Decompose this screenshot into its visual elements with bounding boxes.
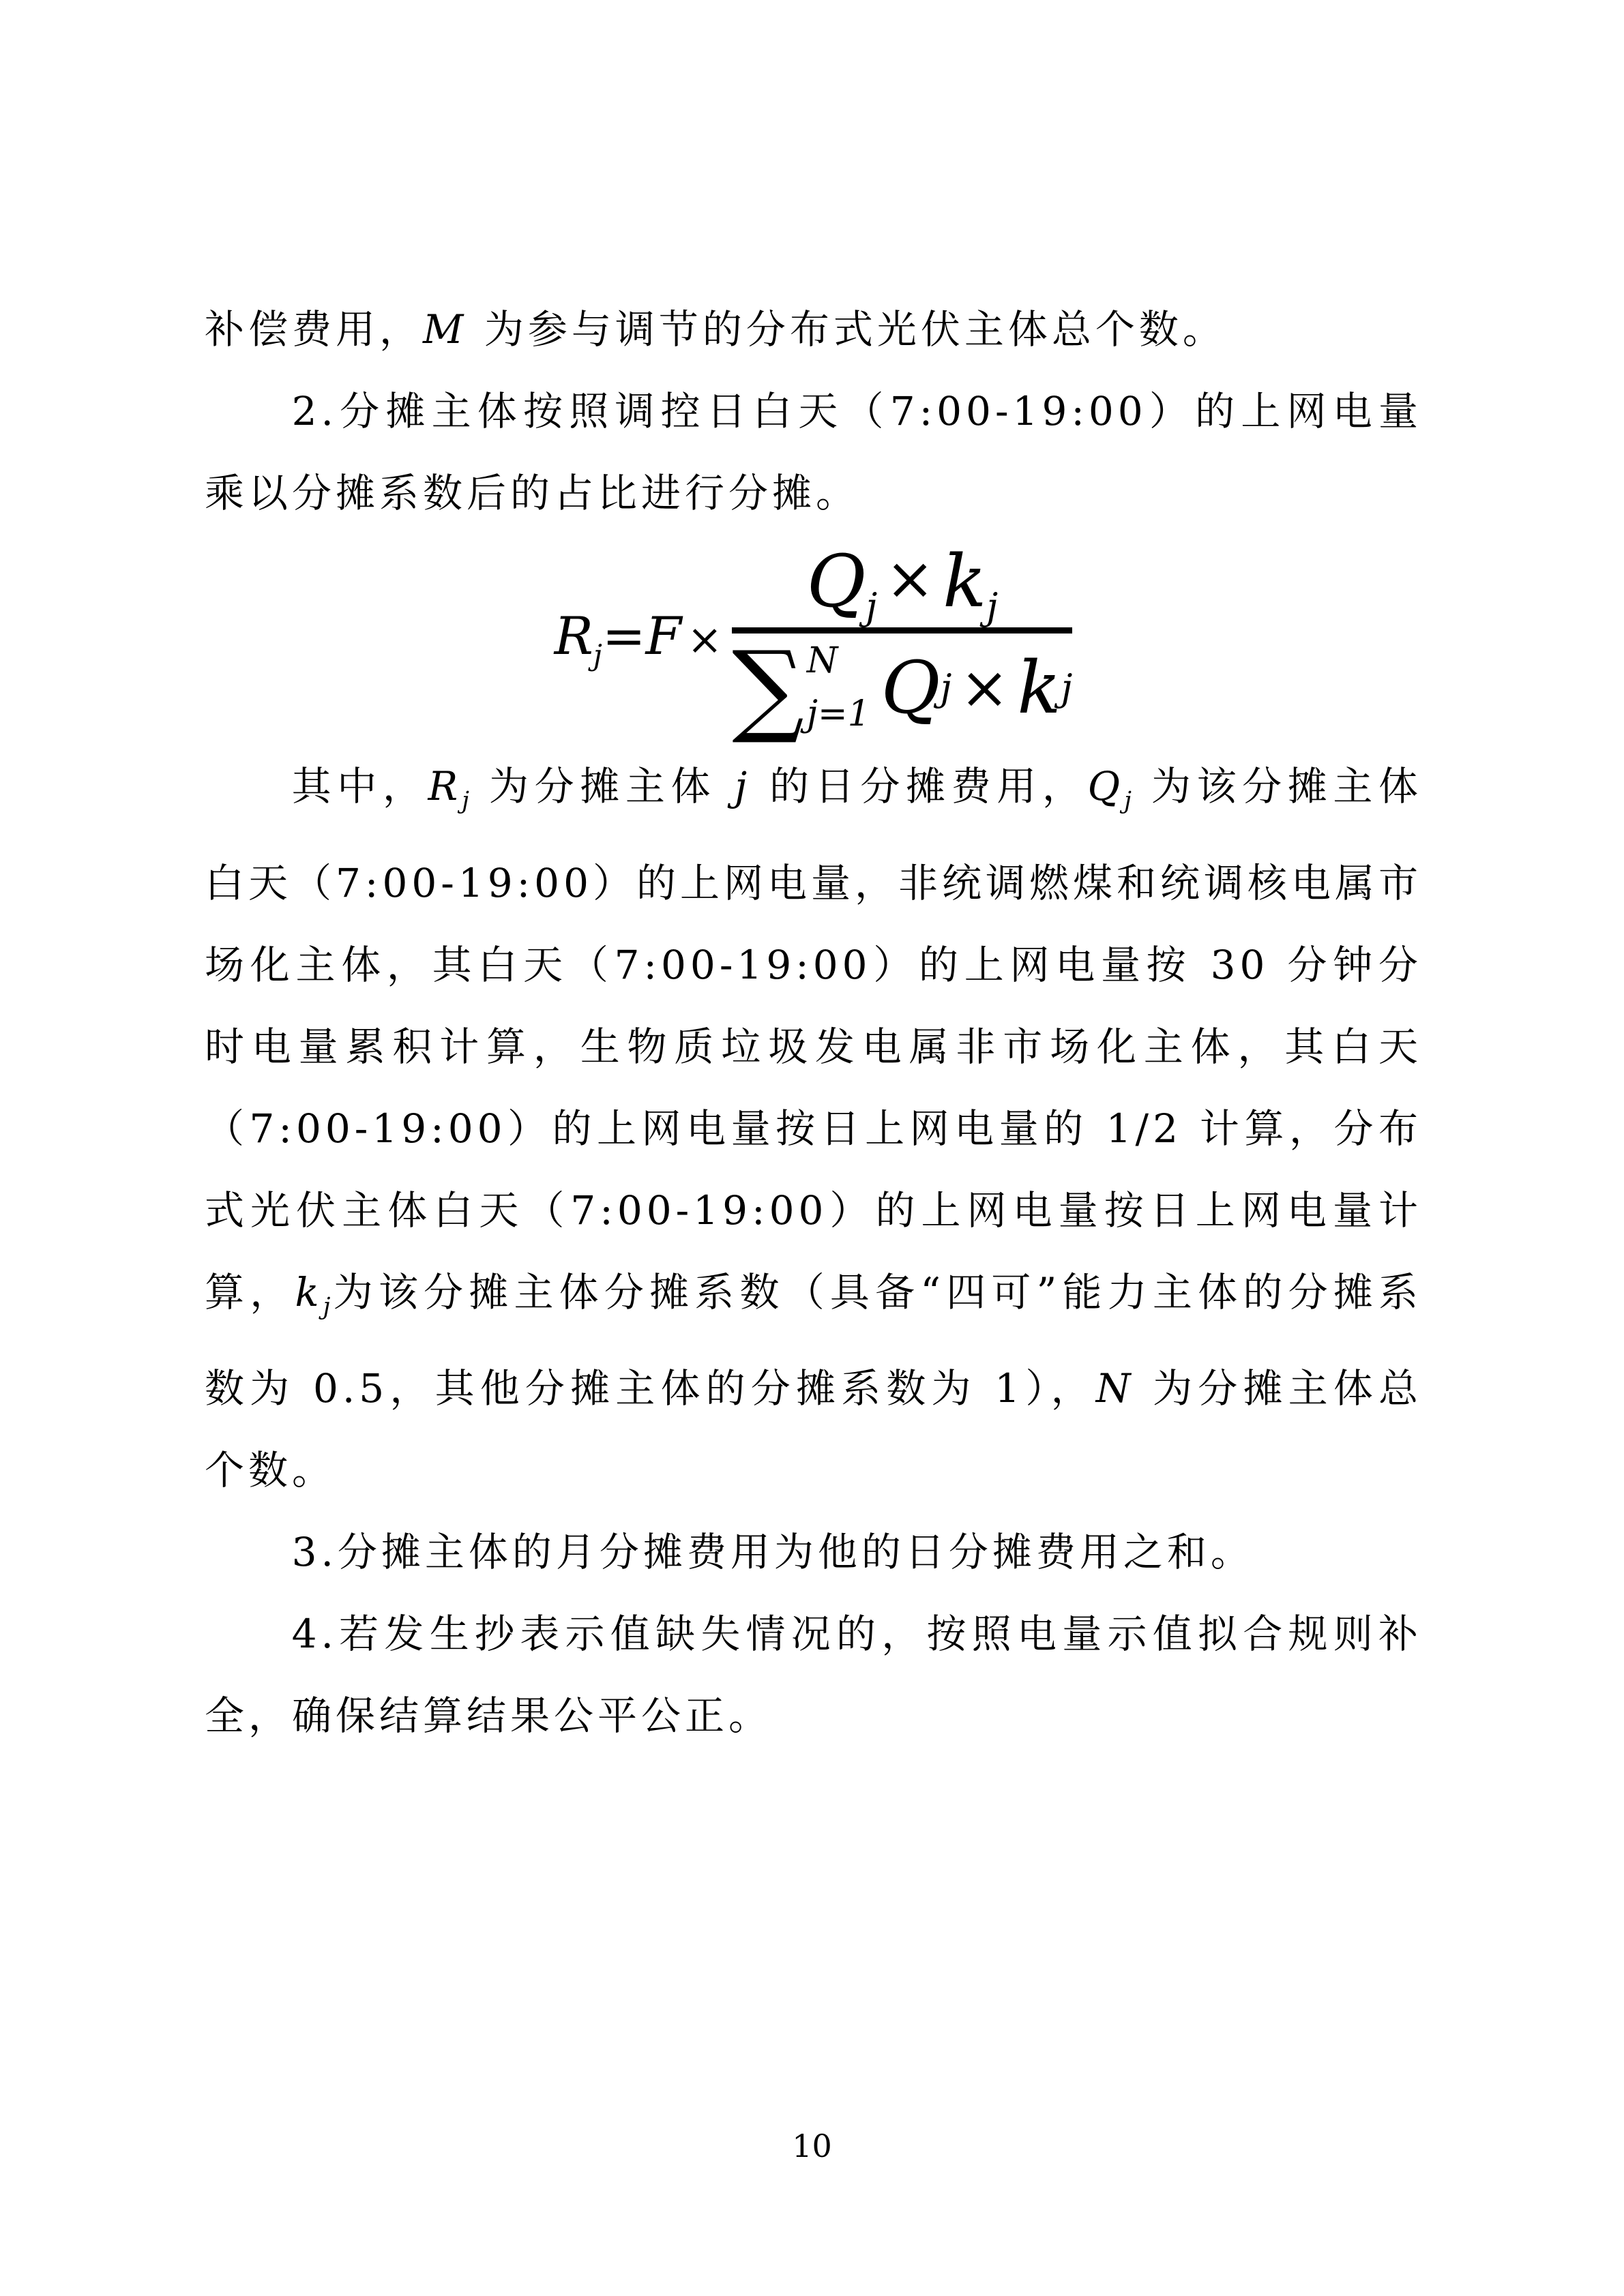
formula-block: Rj=F× Qj×kj ∑ N j=1 Qj×kj [205,534,1422,745]
math-variable: j [735,763,751,809]
denominator-k: k [1017,650,1061,726]
formula-coefficient: F [646,606,682,666]
summation-limits: N j=1 [807,640,870,736]
math-variable: j [323,1293,332,1320]
text-run: 4.若发生抄表示值缺失情况的，按照电量示值拟合规则补全，确保结算结果公平公正。 [205,1611,1422,1739]
numerator-q: Q [806,539,866,623]
document-page: 补偿费用，M 为参与调节的分布式光伏主体总个数。2.分摊主体按照调控日白天（7:… [0,0,1624,2296]
formula-fraction: Qj×kj ∑ N j=1 Qj×kj [732,543,1072,736]
paragraph: 补偿费用，M 为参与调节的分布式光伏主体总个数。 [205,288,1422,370]
paragraphs-after-formula: 其中，Rj 为分摊主体 j 的日分摊费用，Qj 为该分摊主体白天（7:00-19… [205,745,1422,1757]
page-number: 10 [0,2126,1624,2167]
text-run: 3.分摊主体的月分摊费用为他的日分摊费用之和。 [292,1529,1254,1575]
paragraph: 2.分摊主体按照调控日白天（7:00-19:00）的上网电量乘以分摊系数后的占比… [205,370,1422,534]
numerator-q-subscript: j [866,584,877,627]
sigma-symbol: ∑ [732,640,804,736]
text-run: 为参与调节的分布式光伏主体总个数。 [467,306,1226,353]
math-variable: R [428,763,462,809]
paragraphs-before-formula: 补偿费用，M 为参与调节的分布式光伏主体总个数。2.分摊主体按照调控日白天（7:… [205,288,1422,534]
paragraph: 3.分摊主体的月分摊费用为他的日分摊费用之和。 [205,1511,1422,1593]
summation-upper-limit: N [807,643,870,679]
text-run: 其中， [292,763,428,809]
formula-lhs-base: R [555,606,593,666]
math-variable: k [295,1269,323,1315]
numerator-k: k [943,539,986,623]
text-run: 补偿费用， [205,306,423,353]
math-variable: Q [1088,763,1125,809]
formula-times-sign: × [687,614,722,664]
summation: ∑ N j=1 [732,640,870,736]
formula-lhs: Rj=F× [555,610,723,670]
math-variable: j [1124,788,1133,815]
formula-lhs-subscript: j [593,638,602,672]
document-body: 补偿费用，M 为参与调节的分布式光伏主体总个数。2.分摊主体按照调控日白天（7:… [205,288,1422,1757]
paragraph: 4.若发生抄表示值缺失情况的，按照电量示值拟合规则补全，确保结算结果公平公正。 [205,1593,1422,1757]
summation-lower-limit: j=1 [807,696,870,732]
math-variable: j [462,788,471,815]
paragraph: 其中，Rj 为分摊主体 j 的日分摊费用，Qj 为该分摊主体白天（7:00-19… [205,745,1422,1511]
formula-numerator: Qj×kj [793,543,1012,627]
formula-equals-sign: = [602,606,646,666]
numerator-times-sign: × [885,545,934,613]
text-run: 的日分摊费用， [751,763,1087,809]
numerator-k-subscript: j [986,584,998,627]
text-run: 为分摊主体 [471,763,735,809]
denominator-q: Q [881,650,941,726]
denominator-times-sign: × [960,654,1009,722]
math-variable: N [1096,1365,1135,1412]
formula-denominator: ∑ N j=1 Qj×kj [732,633,1072,736]
text-run: 2.分摊主体按照调控日白天（7:00-19:00）的上网电量乘以分摊系数后的占比… [205,388,1422,516]
text-run: 为该分摊主体白天（7:00-19:00）的上网电量，非统调燃煤和统调核电属市场化… [205,763,1422,1315]
math-variable: M [423,306,467,353]
